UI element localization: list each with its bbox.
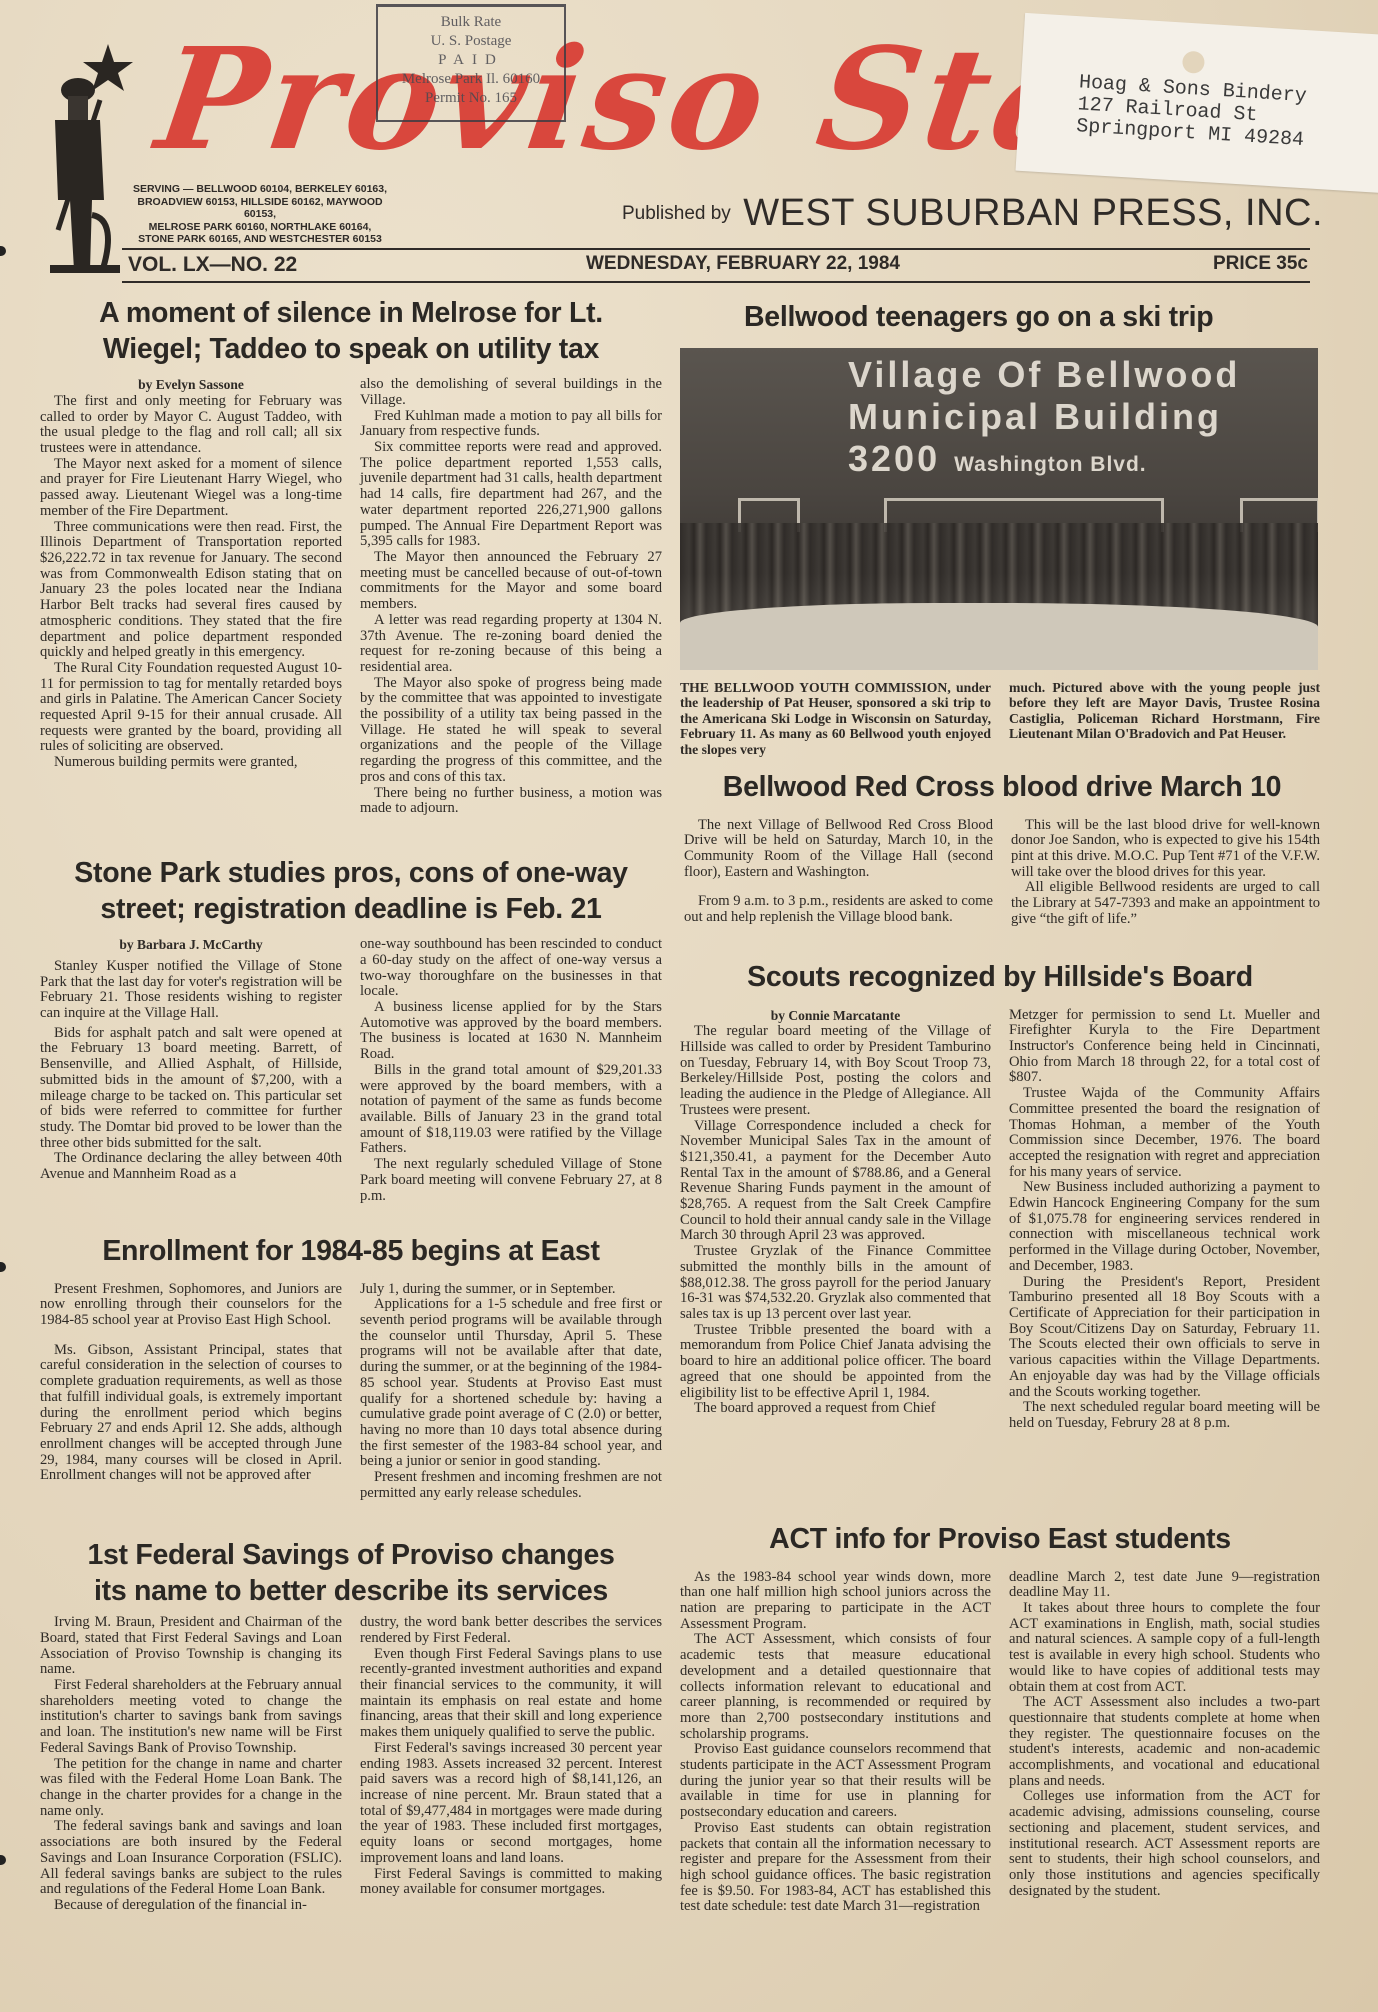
article-columns: Irving M. Braun, President and Chairman … (40, 1615, 662, 1913)
column: This will be the last blood drive for we… (1011, 818, 1320, 928)
byline: by Evelyn Sassone (40, 377, 342, 393)
paragraph: A letter was read regarding property at … (360, 613, 662, 676)
sign-street: Washington Blvd. (954, 453, 1147, 476)
headline: 1st Federal Savings of Proviso changes i… (40, 1538, 662, 1609)
column: by Connie Marcatante The regular board m… (680, 1008, 991, 1432)
column: As the 1983-84 school year winds down, m… (680, 1570, 991, 1915)
bellwood-municipal-building-photo: Village Of Bellwood Municipal Building 3… (680, 348, 1318, 670)
issue-price: PRICE 35c (1213, 253, 1308, 275)
paragraph: Colleges use information from the ACT fo… (1009, 1789, 1320, 1899)
paragraph: The next regularly scheduled Village of … (360, 1157, 662, 1204)
binding-hole (0, 1855, 6, 1865)
dateline: VOL. LX—NO. 22 WEDNESDAY, FEBRUARY 22, 1… (128, 253, 1308, 279)
paragraph: During the President's Report, President… (1009, 1275, 1320, 1401)
paragraph: A business license applied for by the St… (360, 1000, 662, 1063)
article-enrollment: Enrollment for 1984-85 begins at East Pr… (40, 1234, 662, 1501)
building-sign: Village Of Bellwood Municipal Building 3… (848, 354, 1318, 486)
column: July 1, during the summer, or in Septemb… (360, 1282, 662, 1502)
paragraph: also the demolishing of several building… (360, 377, 662, 408)
paragraph: The Mayor next asked for a moment of sil… (40, 457, 342, 520)
column: one-way southbound has been rescinded to… (360, 937, 662, 1204)
serving-line: MELROSE PARK 60160, NORTHLAKE 60164, (120, 221, 400, 234)
paragraph: This will be the last blood drive for we… (1011, 818, 1320, 881)
article-stone-park: Stone Park studies pros, cons of one-way… (40, 856, 662, 1204)
headline-line: street; registration deadline is Feb. 21 (40, 892, 662, 928)
headline-line: Stone Park studies pros, cons of one-way (40, 856, 662, 892)
volume-number: VOL. LX—NO. 22 (128, 253, 297, 277)
column: by Barbara J. McCarthy Stanley Kusper no… (40, 937, 342, 1204)
masthead: Proviso Star-Se Bulk Rate U. S. Postage … (0, 0, 1378, 290)
article-scouts: Scouts recognized by Hillside's Board by… (680, 960, 1320, 1432)
article-ski-trip: Bellwood teenagers go on a ski trip Vill… (680, 300, 1320, 758)
label-punch-hole (1182, 51, 1205, 74)
column: dustry, the word bank better describes t… (360, 1615, 662, 1913)
mailing-address: Hoag & Sons Bindery 127 Railroad St Spri… (1076, 72, 1308, 152)
serving-line: BROADVIEW 60153, HILLSIDE 60162, MAYWOOD… (120, 196, 400, 221)
stamp-line: U. S. Postage (378, 32, 564, 51)
byline: by Barbara J. McCarthy (40, 937, 342, 953)
paragraph: There being no further business, a motio… (360, 786, 662, 817)
byline: by Connie Marcatante (680, 1008, 991, 1024)
paragraph: The ACT Assessment also includes a two-p… (1009, 1695, 1320, 1789)
headline: Stone Park studies pros, cons of one-way… (40, 856, 662, 927)
paragraph: Because of deregulation of the financial… (40, 1898, 342, 1914)
article-blood-drive: Bellwood Red Cross blood drive March 10 … (684, 770, 1320, 928)
sign-line: Municipal Building (848, 396, 1318, 438)
article-columns: Present Freshmen, Sophomores, and Junior… (40, 1282, 662, 1502)
headline: ACT info for Proviso East students (680, 1522, 1320, 1558)
paragraph: dustry, the word bank better describes t… (360, 1615, 662, 1646)
paragraph: The federal savings bank and savings and… (40, 1819, 342, 1898)
serving-line: SERVING — BELLWOOD 60104, BERKELEY 60163… (120, 183, 400, 196)
serving-line: STONE PARK 60165, AND WESTCHESTER 60153 (120, 233, 400, 246)
stamp-line: Permit No. 165 (378, 89, 564, 108)
caption-column: THE BELLWOOD YOUTH COMMISSION, under the… (680, 680, 991, 758)
paragraph: Metzger for permission to send Lt. Muell… (1009, 1008, 1320, 1087)
paragraph: Proviso East students can obtain registr… (680, 1821, 991, 1915)
paragraph: Even though First Federal Savings plans … (360, 1647, 662, 1741)
article-act-info: ACT info for Proviso East students As th… (680, 1522, 1320, 1915)
binding-hole (0, 1262, 6, 1272)
headline: Bellwood Red Cross blood drive March 10 (684, 770, 1320, 806)
paragraph: The next scheduled regular board meeting… (1009, 1400, 1320, 1431)
photo-snow (680, 603, 1318, 670)
photo-caption: THE BELLWOOD YOUTH COMMISSION, under the… (680, 680, 1320, 758)
article-columns: by Connie Marcatante The regular board m… (680, 1008, 1320, 1432)
column: by Evelyn Sassone The first and only mee… (40, 377, 342, 817)
paragraph: Village Correspondence included a check … (680, 1119, 991, 1245)
paragraph: Trustee Wajda of the Community Affairs C… (1009, 1086, 1320, 1180)
paragraph: The Ordinance declaring the alley betwee… (40, 1151, 342, 1182)
paragraph: The Mayor also spoke of progress being m… (360, 676, 662, 786)
newspaper-front-page: Proviso Star-Se Bulk Rate U. S. Postage … (0, 0, 1378, 2012)
headline-line: A moment of silence in Melrose for Lt. (40, 296, 662, 332)
paragraph: The Mayor then announced the February 27… (360, 550, 662, 613)
paragraph: First Federal shareholders at the Februa… (40, 1678, 342, 1757)
paragraph: Stanley Kusper notified the Village of S… (40, 959, 342, 1022)
paragraph: The regular board meeting of the Village… (680, 1024, 991, 1118)
article-columns: As the 1983-84 school year winds down, m… (680, 1570, 1320, 1915)
article-first-federal: 1st Federal Savings of Proviso changes i… (40, 1538, 662, 1914)
headline-line: Wiegel; Taddeo to speak on utility tax (40, 332, 662, 368)
paragraph: From 9 a.m. to 3 p.m., residents are ask… (684, 894, 993, 925)
headline: Bellwood teenagers go on a ski trip (680, 300, 1320, 336)
paragraph: Trustee Gryzlak of the Finance Committee… (680, 1244, 991, 1323)
article-columns: by Evelyn Sassone The first and only mee… (40, 377, 662, 817)
paragraph: It takes about three hours to complete t… (1009, 1601, 1320, 1695)
issue-date: WEDNESDAY, FEBRUARY 22, 1984 (586, 253, 900, 275)
publisher-line: Published by WEST SUBURBAN PRESS, INC. (622, 192, 1323, 235)
paragraph: Bills in the grand total amount of $29,2… (360, 1063, 662, 1157)
paragraph: As the 1983-84 school year winds down, m… (680, 1570, 991, 1633)
column: deadline March 2, test date June 9—regis… (1009, 1570, 1320, 1915)
column: Present Freshmen, Sophomores, and Junior… (40, 1282, 342, 1502)
headline-line: its name to better describe its services (40, 1574, 662, 1610)
paragraph: Bids for asphalt patch and salt were ope… (40, 1026, 342, 1152)
paragraph: The petition for the change in name and … (40, 1757, 342, 1820)
paragraph: Three communications were then read. Fir… (40, 520, 342, 661)
paragraph: First Federal Savings is committed to ma… (360, 1867, 662, 1898)
published-by-label: Published by (622, 203, 731, 224)
paragraph: All eligible Bellwood residents are urge… (1011, 880, 1320, 927)
divider (122, 281, 1310, 283)
paragraph: The ACT Assessment, which consists of fo… (680, 1632, 991, 1742)
sign-line: Village Of Bellwood (848, 354, 1318, 396)
paragraph: July 1, during the summer, or in Septemb… (360, 1282, 662, 1298)
paragraph: Proviso East guidance counselors recomme… (680, 1742, 991, 1821)
sign-number: 3200 (848, 438, 940, 479)
column: The next Village of Bellwood Red Cross B… (684, 818, 993, 928)
column: Metzger for permission to send Lt. Muell… (1009, 1008, 1320, 1432)
paragraph: Irving M. Braun, President and Chairman … (40, 1615, 342, 1678)
article-melrose: A moment of silence in Melrose for Lt. W… (40, 296, 662, 817)
stamp-line: PAID (378, 51, 564, 70)
paragraph: The board approved a request from Chief (680, 1401, 991, 1417)
headline-line: 1st Federal Savings of Proviso changes (40, 1538, 662, 1574)
sign-line: 3200Washington Blvd. (848, 438, 1318, 486)
publisher-name: WEST SUBURBAN PRESS, INC. (743, 192, 1323, 234)
paragraph: deadline March 2, test date June 9—regis… (1009, 1570, 1320, 1601)
mailing-label: Hoag & Sons Bindery 127 Railroad St Spri… (1016, 13, 1378, 193)
postage-stamp: Bulk Rate U. S. Postage PAID Melrose Par… (376, 4, 566, 122)
paragraph: one-way southbound has been rescinded to… (360, 937, 662, 1000)
paragraph: Six committee reports were read and appr… (360, 440, 662, 550)
paragraph: The first and only meeting for February … (40, 394, 342, 457)
paragraph: Ms. Gibson, Assistant Principal, states … (40, 1343, 342, 1484)
article-columns: by Barbara J. McCarthy Stanley Kusper no… (40, 937, 662, 1204)
paragraph: Applications for a 1-5 schedule and free… (360, 1297, 662, 1470)
paragraph: First Federal's savings increased 30 per… (360, 1741, 662, 1867)
stamp-line: Melrose Park Il. 60160 (378, 70, 564, 89)
paragraph: Numerous building permits were granted, (40, 755, 342, 771)
paragraph: The next Village of Bellwood Red Cross B… (684, 818, 993, 881)
paragraph: Trustee Tribble presented the board with… (680, 1323, 991, 1402)
headline: Enrollment for 1984-85 begins at East (40, 1234, 662, 1270)
paragraph: Present freshmen and incoming freshmen a… (360, 1470, 662, 1501)
column: Irving M. Braun, President and Chairman … (40, 1615, 342, 1913)
headline: Scouts recognized by Hillside's Board (680, 960, 1320, 996)
paragraph: New Business included authorizing a paym… (1009, 1180, 1320, 1274)
headline: A moment of silence in Melrose for Lt. W… (40, 296, 662, 367)
divider (122, 248, 1310, 250)
serving-areas: SERVING — BELLWOOD 60104, BERKELEY 60163… (120, 183, 400, 246)
column: also the demolishing of several building… (360, 377, 662, 817)
paragraph: Fred Kuhlman made a motion to pay all bi… (360, 409, 662, 440)
article-columns: The next Village of Bellwood Red Cross B… (684, 818, 1320, 928)
paragraph: Present Freshmen, Sophomores, and Junior… (40, 1282, 342, 1329)
stamp-line: Bulk Rate (378, 13, 564, 32)
caption-column: much. Pictured above with the young peop… (1009, 680, 1320, 758)
paragraph: The Rural City Foundation requested Augu… (40, 661, 342, 755)
